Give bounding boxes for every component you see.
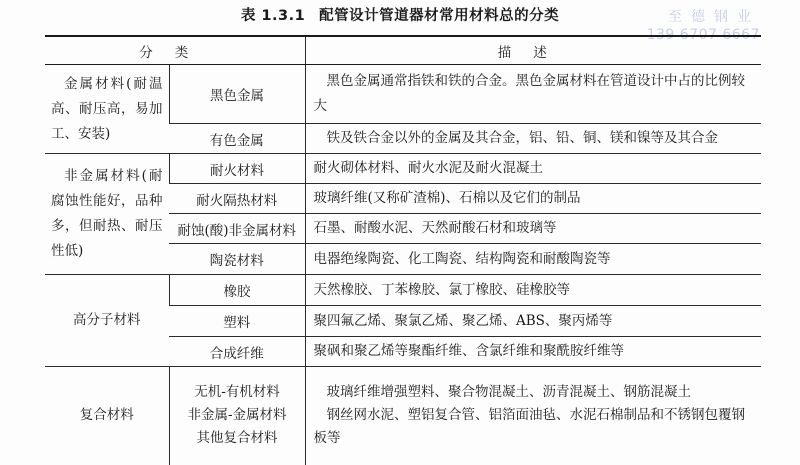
description-cell: 黑色金属通常指铁和铁的合金。黑色金属材料在管道设计中占的比例较大 — [305, 65, 761, 124]
subcategory-cell: 耐蚀(酸)非金属材料 — [169, 214, 305, 244]
description-cell: 石墨、耐酸水泥、天然耐酸石材和玻璃等 — [305, 214, 761, 244]
subcategory-cell: 塑料 — [169, 306, 305, 337]
category-nonmetal: 非金属材料(耐腐蚀性能好，品种多，但耐热、耐压性低) — [45, 154, 169, 275]
materials-classification-table: 分类 描述 金属材料(耐温高、耐压高，易加工、安装) 黑色金属 黑色金属通常指铁… — [45, 35, 761, 465]
description-item: 钢丝网水泥、塑铝复合管、铝箔面油毡、水泥石棉制品和不锈钢包覆钢板等 — [314, 404, 752, 450]
subcategory-cell: 陶瓷材料 — [169, 244, 305, 275]
subcategory-cell: 无机-有机材料 非金属-金属材料 其他复合材料 — [169, 367, 305, 465]
table-row: 非金属材料(耐腐蚀性能好，品种多，但耐热、耐压性低) 耐火材料 耐火砌体材料、耐… — [45, 154, 761, 184]
description-cell: 聚四氟乙烯、聚氯乙烯、聚乙烯、ABS、聚丙烯等 — [305, 306, 761, 337]
subcategory-item: 非金属-金属材料 — [170, 404, 305, 427]
subcategory-cell: 耐火材料 — [169, 154, 305, 184]
subcategory-cell: 有色金属 — [169, 124, 305, 154]
category-polymer: 高分子材料 — [45, 275, 169, 367]
watermark-company: 至德钢业 — [647, 8, 760, 26]
description-cell: 玻璃纤维增强塑料、聚合物混凝土、沥青混凝土、钢筋混凝土 钢丝网水泥、塑铝复合管、… — [305, 367, 761, 465]
header-description: 描述 — [305, 36, 761, 65]
description-cell: 铁及铁合金以外的金属及其合金，铝、铅、铜、镁和镍等及其合金 — [305, 124, 761, 154]
description-cell: 玻璃纤维(又称矿渣棉)、石棉以及它们的制品 — [305, 184, 761, 214]
table-row: 金属材料(耐温高、耐压高，易加工、安装) 黑色金属 黑色金属通常指铁和铁的合金。… — [45, 65, 761, 124]
subcategory-cell: 合成纤维 — [169, 337, 305, 367]
table-row: 高分子材料 橡胶 天然橡胶、丁苯橡胶、氯丁橡胶、硅橡胶等 — [45, 275, 761, 306]
description-cell: 天然橡胶、丁苯橡胶、氯丁橡胶、硅橡胶等 — [305, 275, 761, 306]
subcategory-cell: 黑色金属 — [169, 65, 305, 124]
description-cell: 耐火砌体材料、耐火水泥及耐火混凝土 — [305, 154, 761, 184]
category-metal: 金属材料(耐温高、耐压高，易加工、安装) — [45, 65, 169, 154]
description-cell: 聚砜和聚乙烯等聚酯纤维、含氯纤维和聚酰胺纤维等 — [305, 337, 761, 367]
description-cell: 电器绝缘陶瓷、化工陶瓷、结构陶瓷和耐酸陶瓷等 — [305, 244, 761, 275]
description-item: 玻璃纤维增强塑料、聚合物混凝土、沥青混凝土、钢筋混凝土 — [314, 381, 752, 404]
subcategory-cell: 橡胶 — [169, 275, 305, 306]
header-category: 分类 — [45, 36, 305, 65]
category-composite: 复合材料 — [45, 367, 169, 465]
table-number: 表 1.3.1 — [241, 8, 305, 24]
subcategory-cell: 耐火隔热材料 — [169, 184, 305, 214]
subcategory-item: 其他复合材料 — [170, 427, 305, 450]
subcategory-item: 无机-有机材料 — [170, 381, 305, 404]
table-row: 复合材料 无机-有机材料 非金属-金属材料 其他复合材料 玻璃纤维增强塑料、聚合… — [45, 367, 761, 465]
table-title: 配管设计管道器材常用材料总的分类 — [319, 8, 559, 24]
